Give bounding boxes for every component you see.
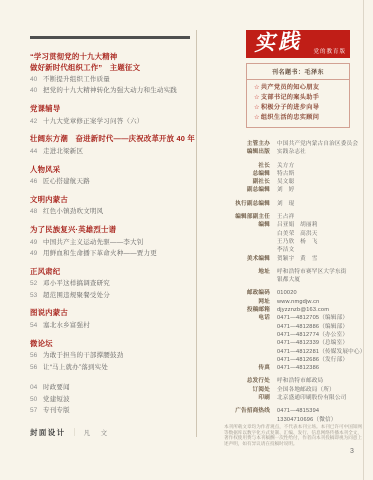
info-row: 0471—4812774（办公室） [224, 331, 364, 339]
info-row: 总发行处呼和浩特市邮政局 [224, 377, 364, 385]
toc-item-page: 04 [30, 384, 43, 392]
info-row: 0471—4812686（发行部） [224, 356, 364, 364]
info-value: 13304710696（微信） [277, 416, 337, 424]
toc-column: “学习贯彻党的十九大精神 做好新时代组织工作” 主题征文 40 不断提升组织工作… [30, 36, 198, 438]
info-label: 执行副总编辑 [224, 200, 270, 208]
toc-item: 56 让“马上就办”落到实处 [30, 364, 198, 372]
toc-item: 53 超范围违规聚餐受处分 [30, 292, 198, 300]
slogan-text: 支部书记的案头助手 [261, 94, 319, 101]
info-label: 印刷 [224, 394, 270, 402]
star-icon: ☆ [254, 84, 260, 91]
info-row: 美术编辑贺颖宇 黄 雪 [224, 255, 364, 263]
toc-item: 40 不断提升组织工作质量 [30, 76, 198, 84]
info-row: 印刷北京盛通印刷股份有限公司 [224, 394, 364, 402]
toc-section-heading: 正风肃纪 [30, 266, 198, 277]
info-value: www.nmgdjw.cn [277, 298, 319, 306]
toc-section-heading: 为了民族复兴·英雄烈士谱 [30, 224, 198, 235]
info-row: 银都大厦 [224, 276, 364, 284]
info-label [224, 323, 270, 331]
toc-item-title: 塞北水乡富强村 [43, 322, 90, 330]
fine-print-notice: 本刊所载文章均为作者观点，不代表本刊立场。本刊已许可中国知网等数据库以数字化方式… [224, 424, 362, 447]
toc-item: 49 中国共产主义运动先驱——李大钊 [30, 239, 198, 247]
toc-section-heading: 人物风采 [30, 164, 198, 175]
toc-section-heading: 做好新时代组织工作” 主题征文 [30, 62, 198, 73]
cover-design-credit: 封面设计 ｜ 凡 文 [30, 427, 198, 438]
info-row: 主管主办中国共产党内蒙古自治区委员会 [224, 140, 364, 148]
toc-item: 57 专刊专版 [30, 407, 198, 415]
info-row: 编辑吕亚娟 胡丽莉 [224, 221, 364, 229]
toc-item-page: 57 [30, 407, 43, 415]
toc-section-discipline: 正风肃纪 52 邓小平这样搞调查研究 53 超范围违规聚餐受处分 [30, 266, 198, 300]
info-row: 13304710696（微信） [224, 416, 364, 424]
masthead-title-calligraphy: 实践 [253, 28, 302, 56]
info-value: 吕亚娟 胡丽莉 [277, 221, 318, 229]
toc-item-title: 中国共产主义运动先驱——李大钊 [43, 239, 144, 247]
slogan-text: 组织生活的忠实顾问 [261, 114, 319, 121]
info-value: 010020 [277, 289, 297, 297]
toc-item: 54 塞北水乡富强村 [30, 322, 198, 330]
info-row: 副社长吴文聪 [224, 178, 364, 186]
column-divider [196, 30, 197, 437]
info-label [224, 416, 270, 424]
info-row: 白美荣 高洪天 [224, 230, 364, 238]
info-label [224, 356, 270, 364]
info-label: 副社长 [224, 178, 270, 186]
info-row: 传真0471—4812386 [224, 364, 364, 372]
toc-item-title: 党建短波 [43, 396, 70, 404]
info-value: 关方方 [277, 162, 294, 170]
toc-departments: 04 时政要闻 50 党建短波 57 专刊专版 [30, 384, 198, 414]
slogan-line: ☆组织生活的忠实顾问 [254, 113, 342, 123]
toc-section-heading: 文明内蒙古 [30, 194, 198, 205]
toc-item-page: 49 [30, 250, 43, 258]
cover-designer-name: 凡 文 [84, 428, 110, 437]
toc-item-title: 专刊专版 [43, 407, 70, 415]
toc-section-people: 人物风采 46 匠心搭建航天路 [30, 164, 198, 186]
toc-item-title: 红色小镇劲吹文明风 [43, 208, 103, 216]
toc-item-title: 把党的十九大精神转化为强大动力和生动实践 [43, 87, 177, 95]
info-value: 全国各地邮政局（所） [277, 386, 335, 394]
info-value: 0471—4812281（传媒发展中心） [277, 348, 366, 356]
info-value: 0471—4812774（办公室） [277, 331, 348, 339]
info-value: 呼和浩特市赛罕区大学东街 [277, 268, 347, 276]
info-row: 订阅处全国各地邮政局（所） [224, 386, 364, 394]
info-row: 电话0471—4812705（编辑部） [224, 314, 364, 322]
info-label: 总发行处 [224, 377, 270, 385]
info-row: 李洁文 [224, 246, 364, 254]
slogan-line: ☆支部书记的案头助手 [254, 93, 342, 103]
info-label: 美术编辑 [224, 255, 270, 263]
info-value: 白美荣 高洪天 [277, 230, 318, 238]
toc-item-title: 超范围违规聚餐受处分 [43, 292, 110, 300]
info-label [224, 230, 270, 238]
info-value: 中国共产党内蒙古自治区委员会 [277, 140, 358, 148]
toc-item: 42 十九大党章修正案学习问答（六） [30, 118, 198, 126]
info-label: 编辑出版 [224, 148, 270, 156]
toc-item-page: 52 [30, 280, 43, 288]
toc-item-title: 用鲜血和生命播下革命火种——贾力更 [43, 250, 157, 258]
toc-section-heading: 壮阔东方潮 奋进新时代——庆祝改革开放 40 年 [30, 133, 198, 144]
info-row: 广告招商热线0471—4815394 [224, 407, 364, 415]
info-value: 特古斯 [277, 170, 294, 178]
info-label: 编辑部副主任 [224, 213, 270, 221]
info-row: 网址www.nmgdjw.cn [224, 298, 364, 306]
toc-top-rule [30, 36, 190, 39]
toc-item-title: 让“马上就办”落到实处 [43, 364, 108, 372]
toc-item-page: 56 [30, 352, 43, 360]
info-row: 地址呼和浩特市赛罕区大学东街 [224, 268, 364, 276]
toc-section-heroes: 为了民族复兴·英雄烈士谱 49 中国共产主义运动先驱——李大钊 49 用鲜血和生… [30, 224, 198, 258]
info-label [224, 238, 270, 246]
info-value: 吴文聪 [277, 178, 294, 186]
slogan-lines: ☆共产党员的知心朋友 ☆支部书记的案头助手 ☆积极分子的进步向导 ☆组织生活的忠… [247, 80, 349, 127]
toc-section-heading: “学习贯彻党的十九大精神 [30, 51, 198, 62]
toc-section-heading: 图说内蒙古 [30, 307, 198, 318]
toc-item-title: 匠心搭建航天路 [43, 178, 90, 186]
info-row: 执行副总编辑刘 琨 [224, 200, 364, 208]
info-value: 王占祥 [277, 213, 294, 221]
info-value: 0471—4812886（编辑部） [277, 323, 348, 331]
toc-item: 40 把党的十九大精神转化为强大动力和生动实践 [30, 87, 198, 95]
masthead-edition-label: 党的教育版 [313, 47, 346, 55]
info-value: 0471—4815394 [277, 407, 319, 415]
info-label [224, 276, 270, 284]
info-value: djyzznzb@163.com [277, 306, 329, 314]
info-label: 电话 [224, 314, 270, 322]
info-label [224, 348, 270, 356]
calligrapher-credit: 刊名题书：毛泽东 [247, 64, 349, 80]
star-icon: ☆ [254, 114, 260, 121]
info-label: 总编辑 [224, 170, 270, 178]
info-value: 刘 琨 [277, 200, 294, 208]
info-value: 李洁文 [277, 246, 294, 254]
info-label [224, 339, 270, 347]
toc-section-theme: “学习贯彻党的十九大精神 做好新时代组织工作” 主题征文 40 不断提升组织工作… [30, 51, 198, 96]
cover-design-label: 封面设计 [30, 427, 66, 438]
info-value: 0471—4812686（发行部） [277, 356, 348, 364]
masthead-logo-box: 实践 党的教育版 [246, 30, 350, 58]
toc-item: 48 红色小镇劲吹文明风 [30, 208, 198, 216]
info-value: 0471—4812386 [277, 364, 319, 372]
toc-item-page: 49 [30, 239, 43, 247]
toc-item: 44 走进北梁新区 [30, 148, 198, 156]
toc-item-page: 54 [30, 322, 43, 330]
toc-item-title: 邓小平这样搞调查研究 [43, 280, 110, 288]
info-label: 主管主办 [224, 140, 270, 148]
info-label: 邮政编码 [224, 289, 270, 297]
info-row: 总编辑特古斯 [224, 170, 364, 178]
toc-item-page: 48 [30, 208, 43, 216]
slogan-text: 共产党员的知心朋友 [261, 84, 319, 91]
toc-section-party-lecture: 党课辅导 42 十九大党章修正案学习问答（六） [30, 103, 198, 125]
info-label: 地址 [224, 268, 270, 276]
toc-item-title: 为敢于担当的干部撑腰鼓劲 [43, 352, 123, 360]
info-row: 编辑部副主任王占祥 [224, 213, 364, 221]
toc-section-heading: 党课辅导 [30, 103, 198, 114]
info-label: 网址 [224, 298, 270, 306]
slogan-line: ☆积极分子的进步向导 [254, 103, 342, 113]
info-row: 投稿邮箱djyzznzb@163.com [224, 306, 364, 314]
info-value: 实践杂志社 [277, 148, 306, 156]
toc-section-pictures: 图说内蒙古 54 塞北水乡富强村 [30, 307, 198, 329]
info-row: 0471—4812281（传媒发展中心） [224, 348, 364, 356]
toc-item-title: 时政要闻 [43, 384, 70, 392]
slogan-text: 积极分子的进步向导 [261, 104, 319, 111]
info-label: 编辑 [224, 221, 270, 229]
info-row: 邮政编码010020 [224, 289, 364, 297]
toc-item-page: 40 [30, 76, 43, 84]
info-row: 0471—4812886（编辑部） [224, 323, 364, 331]
toc-item: 56 为敢于担当的干部撑腰鼓劲 [30, 352, 198, 360]
info-value: 0471—4812339（总编室） [277, 339, 348, 347]
star-icon: ☆ [254, 94, 260, 101]
toc-item-title: 不断提升组织工作质量 [43, 76, 110, 84]
info-label: 订阅处 [224, 386, 270, 394]
info-row: 社长关方方 [224, 162, 364, 170]
info-label: 投稿邮箱 [224, 306, 270, 314]
toc-item-title: 走进北梁新区 [43, 148, 83, 156]
toc-section-heading: 微论坛 [30, 338, 198, 349]
info-label [224, 331, 270, 339]
toc-section-micro-forum: 微论坛 56 为敢于担当的干部撑腰鼓劲 56 让“马上就办”落到实处 [30, 338, 198, 372]
info-label: 副总编辑 [224, 186, 270, 194]
publication-info: 主管主办中国共产党内蒙古自治区委员会 编辑出版实践杂志社 社长关方方 总编辑特古… [224, 140, 364, 424]
info-label: 社长 [224, 162, 270, 170]
toc-section-civilized: 文明内蒙古 48 红色小镇劲吹文明风 [30, 194, 198, 216]
page-number: 3 [350, 448, 354, 455]
info-label [224, 246, 270, 254]
info-label: 传真 [224, 364, 270, 372]
info-value: 0471—4812705（编辑部） [277, 314, 348, 322]
toc-item-page: 50 [30, 396, 43, 404]
toc-item-page: 46 [30, 178, 43, 186]
toc-section-east-tide: 壮阔东方潮 奋进新时代——庆祝改革开放 40 年 44 走进北梁新区 [30, 133, 198, 155]
toc-item: 04 时政要闻 [30, 384, 198, 392]
slogan-line: ☆共产党员的知心朋友 [254, 83, 342, 93]
toc-item-page: 40 [30, 87, 43, 95]
toc-item-page: 44 [30, 148, 43, 156]
toc-item-page: 42 [30, 118, 43, 126]
info-row: 0471—4812339（总编室） [224, 339, 364, 347]
info-row: 王乃欣 杨 飞 [224, 238, 364, 246]
cover-design-separator: ｜ [71, 427, 79, 438]
info-value: 呼和浩特市邮政局 [277, 377, 323, 385]
toc-item-page: 56 [30, 364, 43, 372]
toc-item-title: 十九大党章修正案学习问答（六） [43, 118, 144, 126]
info-row: 副总编辑刘 婷 [224, 186, 364, 194]
info-value: 贺颖宇 黄 雪 [277, 255, 318, 263]
slogan-box: 刊名题书：毛泽东 ☆共产党员的知心朋友 ☆支部书记的案头助手 ☆积极分子的进步向… [246, 63, 350, 128]
toc-item-page: 53 [30, 292, 43, 300]
info-label: 广告招商热线 [224, 407, 270, 415]
star-icon: ☆ [254, 104, 260, 111]
toc-item: 52 邓小平这样搞调查研究 [30, 280, 198, 288]
info-value: 北京盛通印刷股份有限公司 [277, 394, 347, 402]
info-value: 刘 婷 [277, 186, 294, 194]
toc-item: 49 用鲜血和生命播下革命火种——贾力更 [30, 250, 198, 258]
info-value: 银都大厦 [277, 276, 300, 284]
toc-item: 46 匠心搭建航天路 [30, 178, 198, 186]
info-value: 王乃欣 杨 飞 [277, 238, 318, 246]
toc-item: 50 党建短波 [30, 396, 198, 404]
info-row: 编辑出版实践杂志社 [224, 148, 364, 156]
